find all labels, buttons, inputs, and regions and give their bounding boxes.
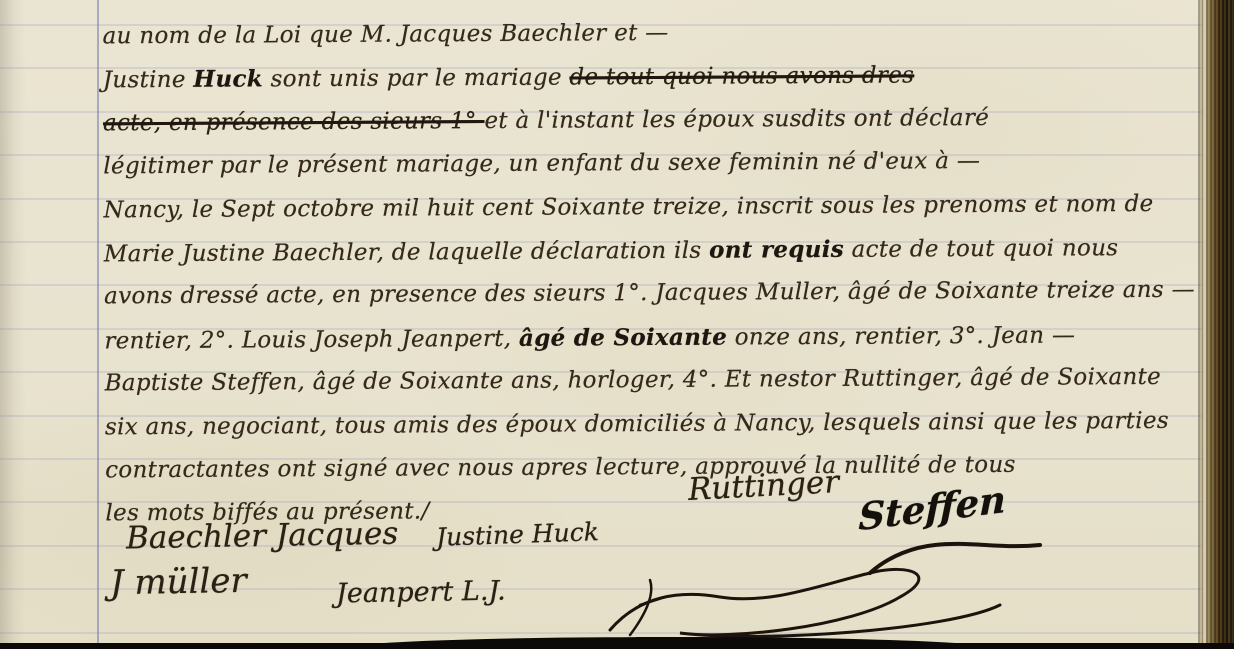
manuscript-line: six ans, negociant, tous amis des époux …: [105, 399, 1205, 449]
text-segment: légitimer par le présent mariage, un enf…: [103, 148, 980, 179]
manuscript-line: légitimer par le présent mariage, un enf…: [103, 139, 1203, 189]
text-segment: ont requis: [709, 236, 844, 264]
struck-text-segment: de tout quoi nous avons dres: [569, 63, 914, 91]
text-segment: sont unis par le mariage: [263, 65, 570, 93]
binding-ridge-highlight: [1203, 0, 1206, 649]
text-segment: rentier, 2°. Louis Joseph Jeanpert,: [104, 326, 519, 355]
signature-baechler-jacques: Baechler Jacques: [126, 516, 399, 557]
text-segment: acte de tout quoi nous: [844, 235, 1119, 263]
page-bottom-edge: [0, 643, 1234, 649]
manuscript-line: Nancy, le Sept octobre mil huit cent Soi…: [103, 182, 1203, 232]
text-segment: six ans, negociant, tous amis des époux …: [105, 407, 1169, 439]
text-segment: onze ans, rentier, 3°. Jean —: [727, 322, 1075, 350]
manuscript-line: Justine Huck sont unis par le mariage de…: [103, 52, 1203, 102]
text-segment: Justine: [103, 67, 194, 94]
text-segment: contractantes ont signé avec nous apres …: [105, 452, 1016, 484]
officiant-flourish-signature: [570, 535, 1110, 645]
signature-j-muller: J müller: [110, 561, 247, 603]
manuscript-line: Marie Justine Baechler, de laquelle décl…: [104, 226, 1204, 276]
manuscript-line: Baptiste Steffen, âgé de Soixante ans, h…: [105, 356, 1205, 406]
text-segment: Huck: [193, 66, 263, 93]
signature-jeanpert: Jeanpert L.J.: [336, 576, 506, 610]
manuscript-line: contractantes ont signé avec nous apres …: [105, 443, 1205, 493]
text-segment: Marie Justine Baechler, de laquelle décl…: [104, 238, 709, 268]
text-segment: au nom de la Loi que M. Jacques Baechler…: [102, 20, 668, 49]
text-segment: âgé de Soixante: [519, 323, 727, 351]
manuscript-line: rentier, 2°. Louis Joseph Jeanpert, âgé …: [104, 312, 1204, 362]
margin-rule-line: [97, 0, 99, 643]
text-segment: Nancy, le Sept octobre mil huit cent Soi…: [104, 191, 1154, 223]
manuscript-line: avons dressé acte, en presence des sieur…: [104, 269, 1204, 319]
manuscript-line: au nom de la Loi que M. Jacques Baechler…: [102, 9, 1202, 59]
scanned-register-page: au nom de la Loi que M. Jacques Baechler…: [0, 0, 1234, 649]
struck-text-segment: acte, en présence des sieurs 1°: [103, 108, 485, 136]
manuscript-line: acte, en présence des sieurs 1° et à l'i…: [103, 95, 1203, 145]
text-segment: avons dressé acte, en presence des sieur…: [104, 277, 1195, 310]
text-segment: et à l'instant les époux susdits ont déc…: [484, 105, 989, 134]
page-left-shadow: [0, 0, 26, 649]
text-segment: Baptiste Steffen, âgé de Soixante ans, h…: [105, 364, 1162, 396]
manuscript-lines: au nom de la Loi que M. Jacques Baechler…: [102, 9, 1205, 536]
